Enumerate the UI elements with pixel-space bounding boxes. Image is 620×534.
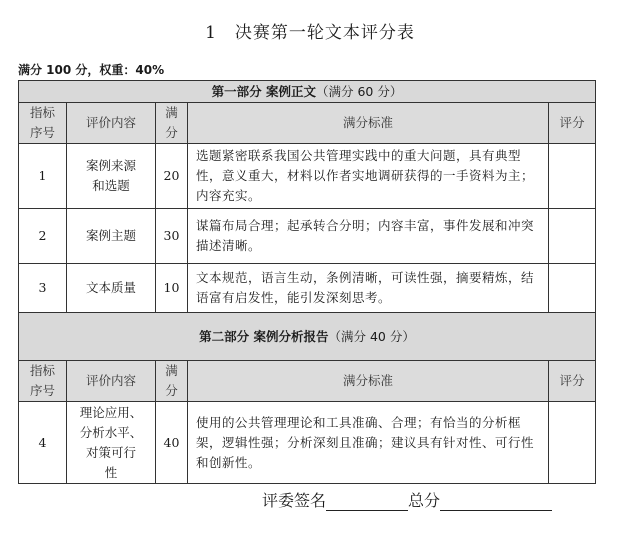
section-note: （满分 40 分） [329, 329, 415, 344]
row-max: 10 [156, 264, 188, 313]
row-max: 30 [156, 209, 188, 264]
total-score-label: 总分 [408, 491, 440, 510]
signature-line: 评委签名总分 [262, 488, 552, 511]
row-score-input[interactable] [549, 144, 596, 209]
col-content-header: 评价内容 [67, 103, 156, 144]
col-max-header: 满分 [156, 361, 188, 402]
column-header-row: 指标序号 评价内容 满分 满分标准 评分 [19, 103, 596, 144]
row-index: 2 [19, 209, 67, 264]
row-content: 理论应用、分析水平、对策可行性 [67, 402, 156, 484]
row-content: 案例主题 [67, 209, 156, 264]
row-score-input[interactable] [549, 209, 596, 264]
table-row: 2 案例主题 30 谋篇布局合理；起承转合分明；内容丰富，事件发展和冲突描述清晰… [19, 209, 596, 264]
row-index: 1 [19, 144, 67, 209]
row-content: 文本质量 [67, 264, 156, 313]
score-weight-note: 满分 100 分，权重：40% [18, 61, 164, 78]
column-header-row: 指标序号 评价内容 满分 满分标准 评分 [19, 361, 596, 402]
row-max: 20 [156, 144, 188, 209]
col-criteria-header: 满分标准 [188, 361, 549, 402]
row-score-input[interactable] [549, 402, 596, 484]
document-title: 1决赛第一轮文本评分表 [0, 18, 620, 43]
scoring-table: 第一部分 案例正文（满分 60 分） 指标序号 评价内容 满分 满分标准 评分 … [18, 80, 596, 484]
judge-signature-field[interactable] [326, 492, 408, 511]
section-header-part2: 第二部分 案例分析报告（满分 40 分） [19, 313, 596, 361]
section-title: 第一部分 案例正文（满分 60 分） [19, 81, 596, 103]
col-criteria-header: 满分标准 [188, 103, 549, 144]
judge-signature-label: 评委签名 [262, 491, 326, 510]
section-header-part1: 第一部分 案例正文（满分 60 分） [19, 81, 596, 103]
col-index-header: 指标序号 [19, 361, 67, 402]
col-max-header: 满分 [156, 103, 188, 144]
col-score-header: 评分 [549, 361, 596, 402]
table-row: 3 文本质量 10 文本规范，语言生动，条例清晰，可读性强，摘要精炼，结语富有启… [19, 264, 596, 313]
total-score-field[interactable] [440, 492, 552, 511]
row-max: 40 [156, 402, 188, 484]
section-title: 第二部分 案例分析报告（满分 40 分） [19, 313, 596, 361]
table-row: 4 理论应用、分析水平、对策可行性 40 使用的公共管理理论和工具准确、合理；有… [19, 402, 596, 484]
row-criteria: 文本规范，语言生动，条例清晰，可读性强，摘要精炼，结语富有启发性，能引发深刻思考… [188, 264, 549, 313]
col-score-header: 评分 [549, 103, 596, 144]
title-text: 决赛第一轮文本评分表 [235, 23, 415, 43]
row-score-input[interactable] [549, 264, 596, 313]
section-note: （满分 60 分） [316, 84, 402, 99]
table-row: 1 案例来源和选题 20 选题紧密联系我国公共管理实践中的重大问题，具有典型性，… [19, 144, 596, 209]
title-number: 1 [205, 23, 217, 43]
row-criteria: 谋篇布局合理；起承转合分明；内容丰富，事件发展和冲突描述清晰。 [188, 209, 549, 264]
row-index: 3 [19, 264, 67, 313]
row-content: 案例来源和选题 [67, 144, 156, 209]
col-content-header: 评价内容 [67, 361, 156, 402]
row-criteria: 使用的公共管理理论和工具准确、合理；有恰当的分析框架，逻辑性强；分析深刻且准确；… [188, 402, 549, 484]
row-criteria: 选题紧密联系我国公共管理实践中的重大问题，具有典型性，意义重大，材料以作者实地调… [188, 144, 549, 209]
row-index: 4 [19, 402, 67, 484]
col-index-header: 指标序号 [19, 103, 67, 144]
